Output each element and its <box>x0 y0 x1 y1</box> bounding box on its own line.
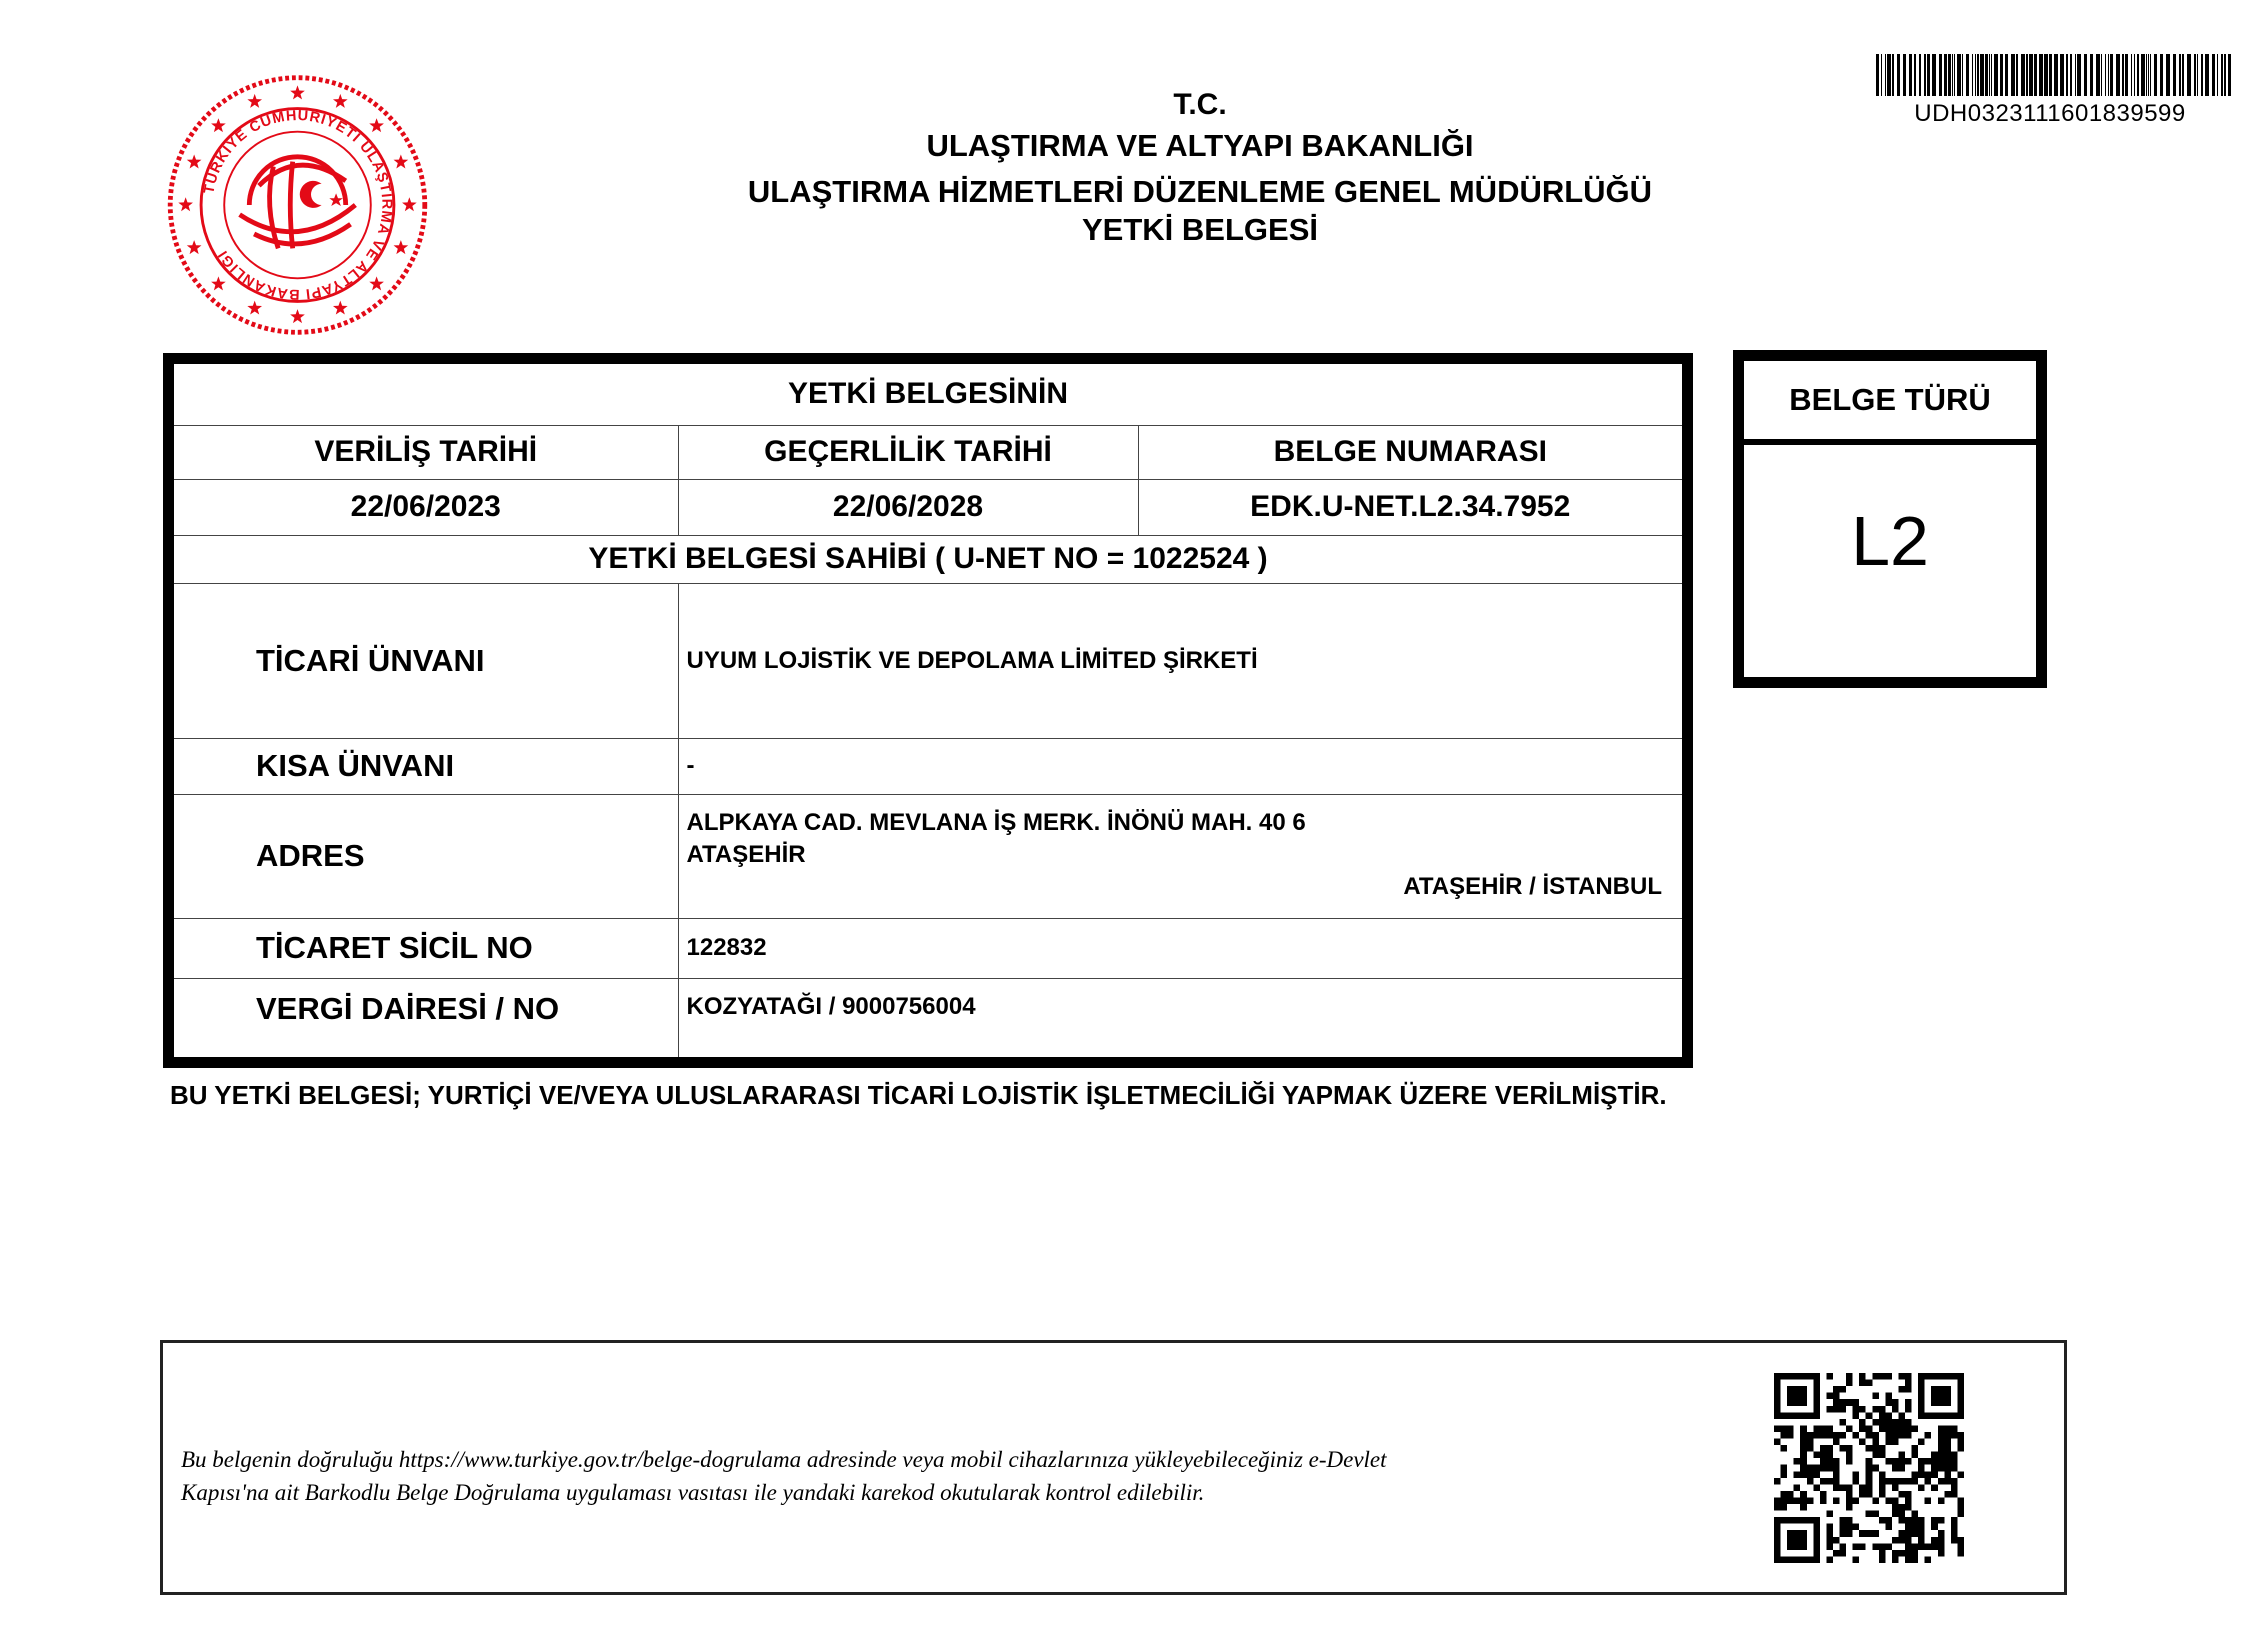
tax-office-label: VERGİ DAİRESİ / NO <box>174 978 678 1057</box>
verification-text-line1: Bu belgenin doğruluğu https://www.turkiy… <box>181 1447 1387 1472</box>
validity-date-header: GEÇERLİLİK TARİHİ <box>678 425 1138 479</box>
short-name-label: KISA ÜNVANI <box>174 738 678 794</box>
document-type-label: BELGE TÜRÜ <box>1744 361 2036 445</box>
barcode-icon <box>1876 54 2236 96</box>
tax-office-value: KOZYATAĞI / 9000756004 <box>678 978 1682 1057</box>
trade-name-label: TİCARİ ÜNVANI <box>174 583 678 738</box>
verification-footer: Bu belgenin doğruluğu https://www.turkiy… <box>160 1340 2067 1595</box>
short-name-value: - <box>678 738 1682 794</box>
document-number-value: EDK.U-NET.L2.34.7952 <box>1138 479 1682 535</box>
address-city: ATAŞEHİR / İSTANBUL <box>1403 873 1662 901</box>
document-type-value: L2 <box>1744 445 2036 677</box>
verification-text-line2: Kapısı'na ait Barkodlu Belge Doğrulama u… <box>181 1480 1204 1505</box>
validity-date-value: 22/06/2028 <box>678 479 1138 535</box>
verification-text: Bu belgenin doğruluğu https://www.turkiy… <box>181 1443 1741 1509</box>
issue-date-value: 22/06/2023 <box>174 479 678 535</box>
address-label: ADRES <box>174 794 678 918</box>
header-ministry: ULAŞTIRMA VE ALTYAPI BAKANLIĞI <box>600 128 1800 164</box>
document-number-header: BELGE NUMARASI <box>1138 425 1682 479</box>
barcode-number: UDH0323111601839599 <box>1850 100 2250 128</box>
svg-text:TÜRKİYE CUMHURİYETİ ULAŞTIRMA: TÜRKİYE CUMHURİYETİ ULAŞTIRMA VE ALTYAPI… <box>201 108 394 302</box>
document-title: YETKİ BELGESİ <box>600 212 1800 248</box>
header-tc: T.C. <box>600 88 1800 122</box>
address-line1: ALPKAYA CAD. MEVLANA İŞ MERK. İNÖNÜ MAH.… <box>687 809 1306 837</box>
authorization-statement: BU YETKİ BELGESİ; YURTİÇİ VE/VEYA ULUSLA… <box>170 1078 1730 1112</box>
certificate-table: YETKİ BELGESİNİN VERİLİŞ TARİHİ GEÇERLİL… <box>163 353 1693 1068</box>
document-type-box: BELGE TÜRÜ L2 <box>1733 350 2047 688</box>
ministry-seal-icon: TÜRKİYE CUMHURİYETİ ULAŞTIRMA VE ALTYAPI… <box>160 70 435 340</box>
address-line2: ATAŞEHİR <box>687 841 806 869</box>
issue-date-header: VERİLİŞ TARİHİ <box>174 425 678 479</box>
qr-code-icon[interactable] <box>1774 1373 1964 1563</box>
trade-registry-label: TİCARET SİCİL NO <box>174 918 678 978</box>
address-value: ALPKAYA CAD. MEVLANA İŞ MERK. İNÖNÜ MAH.… <box>678 794 1682 918</box>
holder-title: YETKİ BELGESİ SAHİBİ ( U-NET NO = 102252… <box>174 535 1682 583</box>
trade-name-value: UYUM LOJİSTİK VE DEPOLAMA LİMİTED ŞİRKET… <box>678 583 1682 738</box>
header-directorate: ULAŞTIRMA HİZMETLERİ DÜZENLEME GENEL MÜD… <box>600 174 1800 210</box>
trade-registry-value: 122832 <box>678 918 1682 978</box>
section-title: YETKİ BELGESİNİN <box>174 364 1682 425</box>
